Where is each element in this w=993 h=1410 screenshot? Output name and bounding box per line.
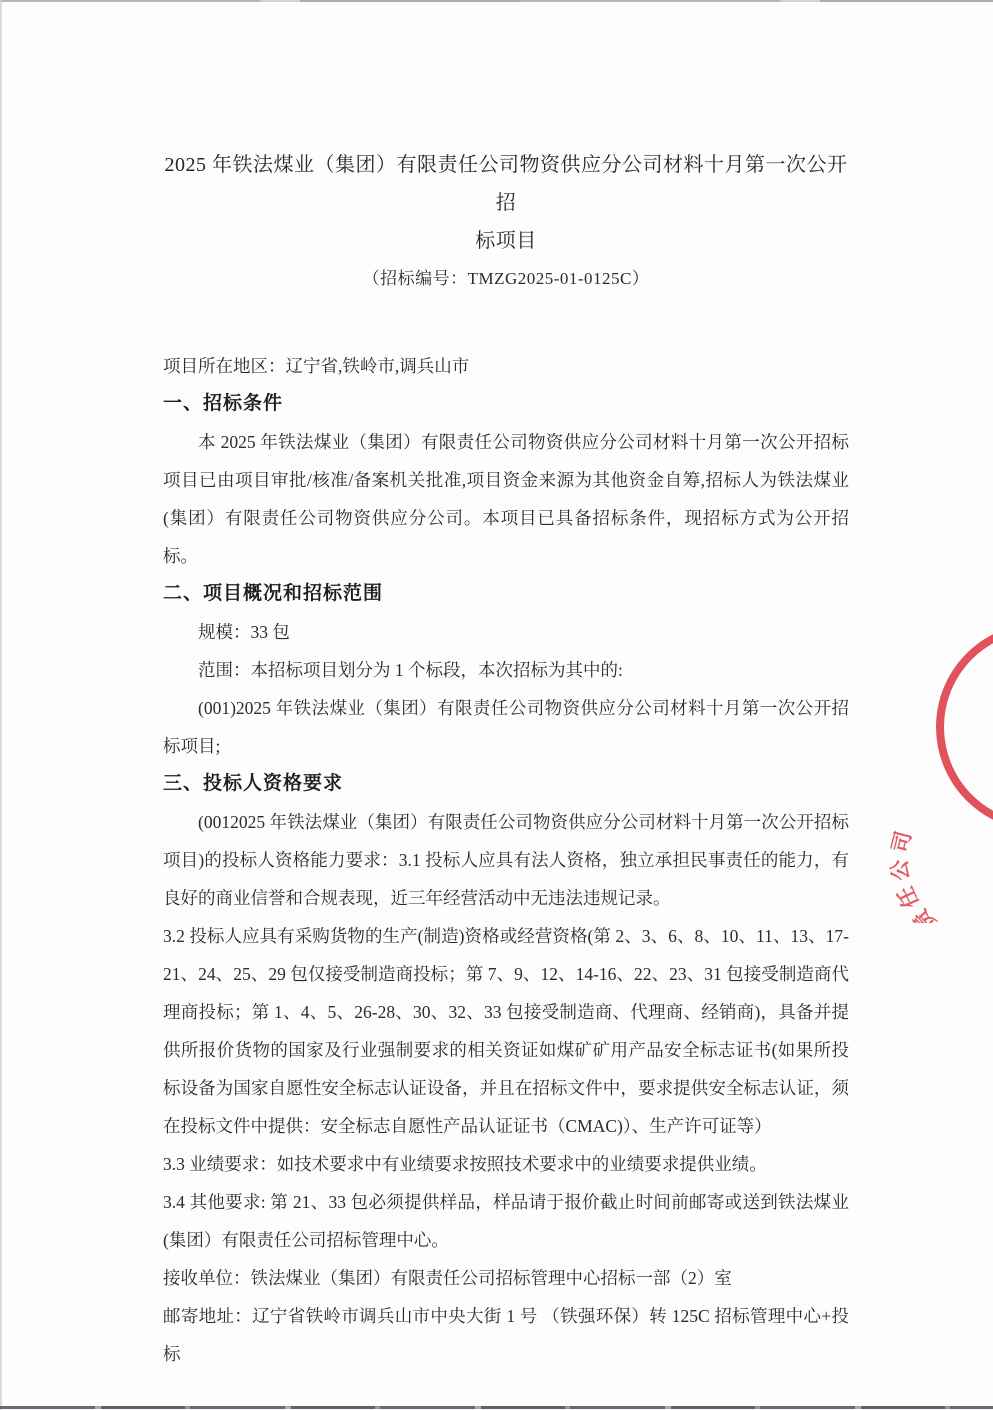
section-heading-2: 二、项目概况和招标范围: [163, 575, 849, 613]
document-body: 项目所在地区：辽宁省,铁岭市,调兵山市 一、招标条件 本 2025 年铁法煤业（…: [163, 347, 849, 1373]
document-page: 2025 年铁法煤业（集团）有限责任公司物资供应分公司材料十月第一次公开招 标项…: [163, 146, 849, 1373]
requirement-3-3-paragraph: 3.3 业绩要求：如技术要求中有业绩要求按照技术要求中的业绩要求提供业绩。: [163, 1145, 849, 1183]
section-heading-1: 一、招标条件: [163, 385, 849, 423]
page-title-line1: 2025 年铁法煤业（集团）有限责任公司物资供应分公司材料十月第一次公开招: [163, 146, 849, 222]
section1-paragraph: 本 2025 年铁法煤业（集团）有限责任公司物资供应分公司材料十月第一次公开招标…: [163, 423, 849, 575]
lot-description: (001)2025 年铁法煤业（集团）有限责任公司物资供应分公司材料十月第一次公…: [163, 689, 849, 765]
scan-edge-top: [0, 0, 993, 2]
svg-text:铁法煤业(集团)有限责任公司: 铁法煤业(集团)有限责任公司: [888, 794, 993, 923]
project-location: 项目所在地区：辽宁省,铁岭市,调兵山市: [163, 347, 849, 385]
receiver-line: 接收单位：铁法煤业（集团）有限责任公司招标管理中心招标一部（2）室: [163, 1259, 849, 1297]
bidder-qualification-paragraph: (0012025 年铁法煤业（集团）有限责任公司物资供应分公司材料十月第一次公开…: [163, 803, 849, 917]
project-scope: 范围：本招标项目划分为 1 个标段，本次招标为其中的:: [163, 651, 849, 689]
page-title-line2: 标项目: [163, 222, 849, 260]
tender-number: （招标编号：TMZG2025-01-0125C）: [163, 260, 849, 298]
section-heading-3: 三、投标人资格要求: [163, 765, 849, 803]
scan-edge-left: [0, 0, 2, 1410]
seal-text: 铁法煤业(集团)有限责任公司: [888, 794, 993, 923]
project-scale: 规模：33 包: [163, 613, 849, 651]
requirement-3-2-paragraph: 3.2 投标人应具有采购货物的生产(制造)资格或经营资格(第 2、3、6、8、1…: [163, 917, 849, 1145]
company-seal-stamp-icon: 铁法煤业(集团)有限责任公司: [872, 593, 993, 923]
scan-edge-bottom: [0, 1406, 993, 1409]
seal-ring: [940, 627, 993, 827]
mail-address-line: 邮寄地址：辽宁省铁岭市调兵山市中央大街 1 号 （铁强环保）转 125C 招标管…: [163, 1297, 849, 1373]
requirement-3-4-paragraph: 3.4 其他要求: 第 21、33 包必须提供样品，样品请于报价截止时间前邮寄或…: [163, 1183, 849, 1259]
